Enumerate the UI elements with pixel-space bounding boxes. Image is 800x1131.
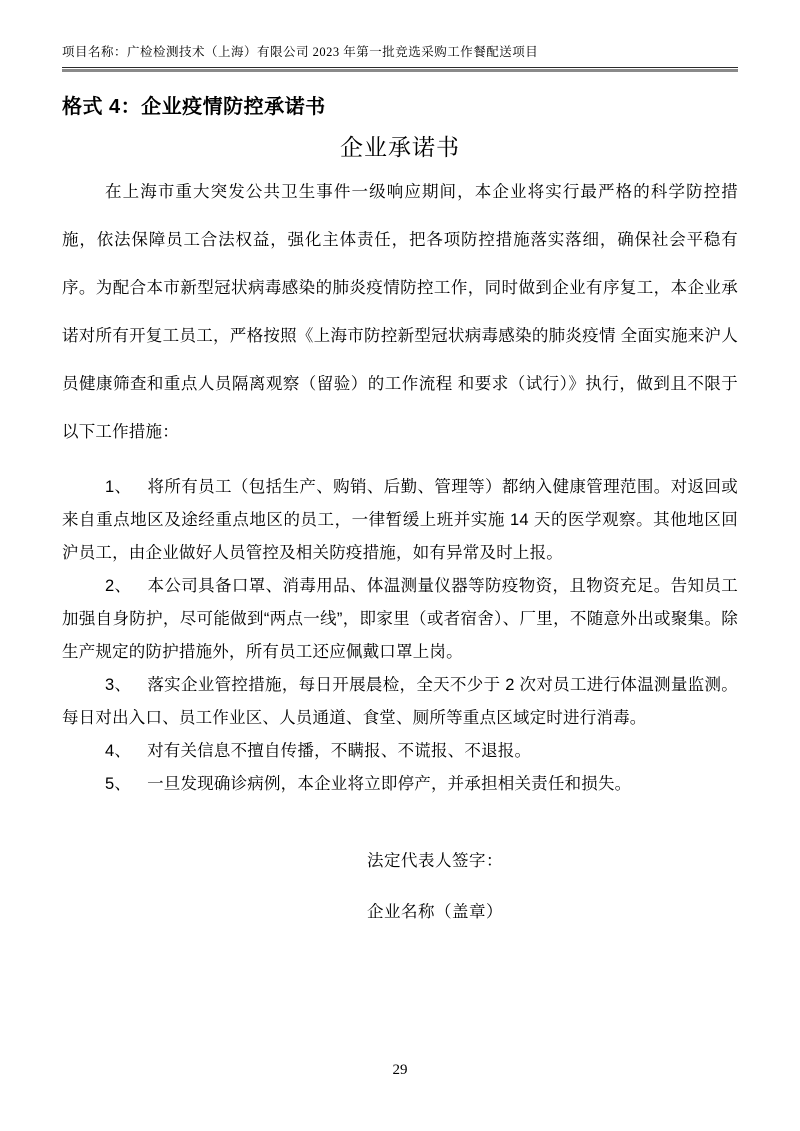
section-title: 格式 4：企业疫情防控承诺书 — [62, 94, 738, 120]
list-item-text: 落实企业管控措施，每日开展晨检，全天不少于 2 次对员工进行体温测量监测。每日对… — [62, 676, 738, 727]
page-number: 29 — [393, 1062, 408, 1078]
header-divider-top-line — [62, 67, 738, 68]
list-item-number: 5、 — [105, 775, 131, 793]
list-item-text: 对有关信息不擅自传播，不瞒报、不谎报、不退报。 — [147, 742, 531, 760]
intro-paragraph: 在上海市重大突发公共卫生事件一级响应期间，本企业将实行最严格的科学防控措施，依法… — [62, 168, 738, 456]
measures-list: 1、将所有员工（包括生产、购销、后勤、管理等）都纳入健康管理范围。对返回或来自重… — [62, 471, 738, 801]
signature-block: 法定代表人签字： 企业名称（盖章） — [62, 847, 738, 926]
list-item-number: 4、 — [105, 742, 131, 760]
page-header: 项目名称：广检检测技术（上海）有限公司 2023 年第一批竞选采购工作餐配送项目 — [62, 44, 738, 67]
list-item: 2、本公司具备口罩、消毒用品、体温测量仪器等防疫物资，且物资充足。告知员工加强自… — [62, 570, 738, 669]
list-item-text: 将所有员工（包括生产、购销、后勤、管理等）都纳入健康管理范围。对返回或来自重点地… — [62, 478, 738, 562]
list-item: 3、落实企业管控措施，每日开展晨检，全天不少于 2 次对员工进行体温测量监测。每… — [62, 669, 738, 735]
list-item: 5、一旦发现确诊病例，本企业将立即停产，并承担相关责任和损失。 — [62, 768, 738, 801]
header-project-name: 项目名称：广检检测技术（上海）有限公司 2023 年第一批竞选采购工作餐配送项目 — [62, 45, 538, 59]
list-item-number: 1、 — [105, 478, 131, 496]
document-page: 项目名称：广检检测技术（上海）有限公司 2023 年第一批竞选采购工作餐配送项目… — [0, 0, 800, 1131]
header-divider-bottom-line — [62, 69, 738, 72]
list-item-text: 本公司具备口罩、消毒用品、体温测量仪器等防疫物资，且物资充足。告知员工加强自身防… — [62, 577, 738, 661]
list-item-number: 3、 — [105, 676, 131, 694]
list-item: 1、将所有员工（包括生产、购销、后勤、管理等）都纳入健康管理范围。对返回或来自重… — [62, 471, 738, 570]
document-title: 企业承诺书 — [62, 132, 738, 162]
list-item: 4、对有关信息不擅自传播，不瞒报、不谎报、不退报。 — [62, 735, 738, 768]
company-seal-label: 企业名称（盖章） — [367, 898, 738, 926]
signature-label: 法定代表人签字： — [367, 847, 738, 875]
list-item-text: 一旦发现确诊病例，本企业将立即停产，并承担相关责任和损失。 — [147, 775, 631, 793]
list-item-number: 2、 — [105, 577, 131, 595]
page-footer: 29 — [0, 1062, 800, 1079]
